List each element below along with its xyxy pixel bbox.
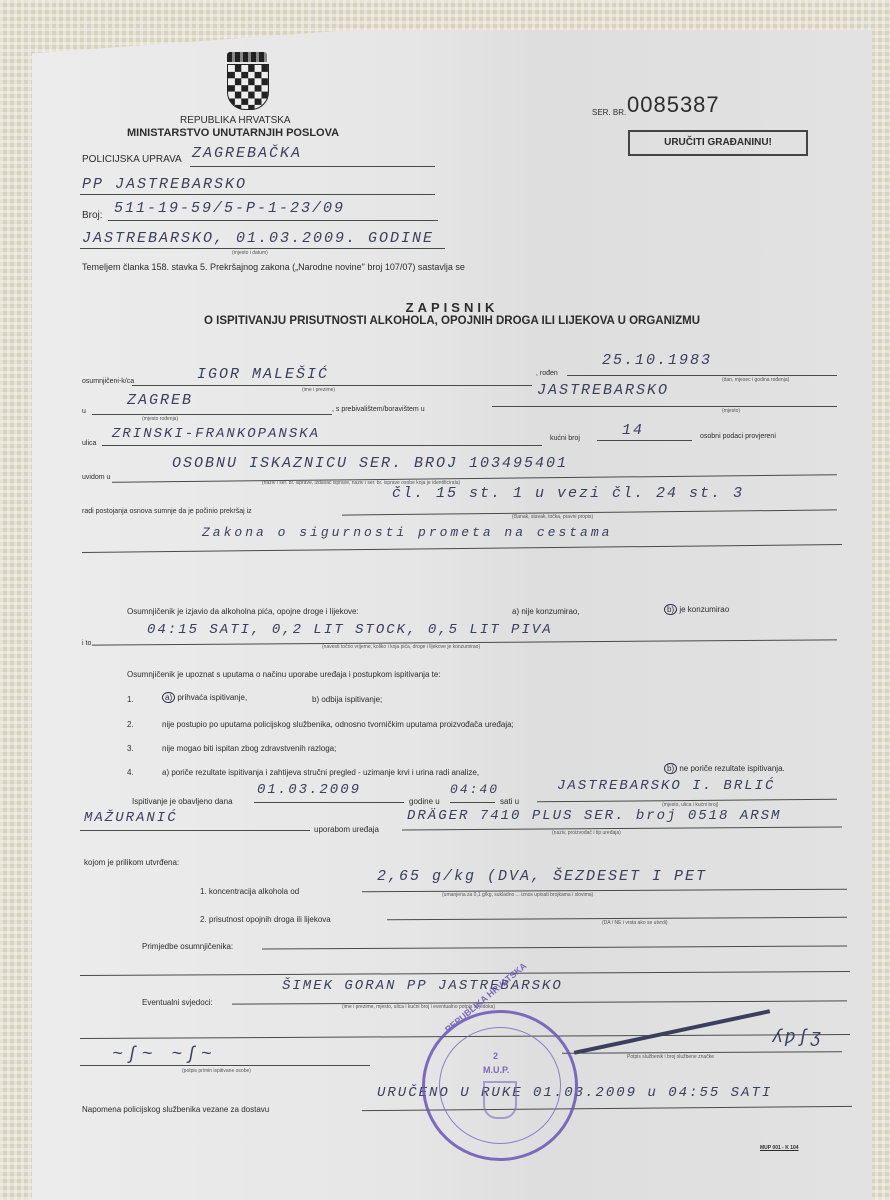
street-value: ZRINSKI-FRANKOPANSKA bbox=[112, 426, 320, 442]
deliver-to-citizen-box: URUČITI GRAĐANINU! bbox=[628, 130, 808, 156]
country-name: REPUBLIKA HRVATSKA bbox=[180, 115, 291, 126]
officer-signature-stroke bbox=[574, 1009, 770, 1054]
legal-basis: Temeljem članka 158. stavka 5. Prekršajn… bbox=[82, 262, 465, 272]
form-code: MUP 001 - K 104 bbox=[760, 1145, 799, 1151]
place-date-hint: (mjesto i datum) bbox=[232, 250, 268, 256]
number-label: Broj: bbox=[82, 210, 103, 221]
born-label: , rođen bbox=[536, 370, 558, 377]
not-contesting-selected: b) ne poriče rezultate ispitivanja. bbox=[664, 763, 785, 774]
document-page: REPUBLIKA HRVATSKA MINISTARSTVO UNUTARNJ… bbox=[32, 30, 872, 1200]
document-subtitle: O ISPITIVANJU PRISUTNOSTI ALKOHOLA, OPOJ… bbox=[32, 315, 872, 327]
suspect-name-value: IGOR MALEŠIĆ bbox=[197, 366, 329, 383]
suspect-signature: ~ʃ~ ~ʃ~ bbox=[112, 1045, 216, 1065]
suspect-name-label: osumnjičeni-k/ca bbox=[82, 378, 134, 385]
croatian-coat-of-arms-icon bbox=[227, 52, 267, 108]
ministry-name: MINISTARSTVO UNUTARNJIH POSLOVA bbox=[127, 127, 339, 139]
witness-value: ŠIMEK GORAN PP JASTREBARSKO bbox=[282, 978, 563, 994]
accepts-test-selected: a) prihvaća ispitivanje, bbox=[162, 692, 247, 703]
consumption-details-value: 04:15 SATI, 0,2 LIT STOCK, 0,5 LIT PIVA bbox=[147, 622, 553, 638]
serial-label: SER. BR. bbox=[592, 108, 626, 117]
test-time-value: 04:40 bbox=[450, 782, 499, 797]
official-stamp: REPUBLIKA HRVATSKA 2 M.U.P. bbox=[422, 1010, 578, 1161]
officer-signature: ʎƿʃʒ bbox=[772, 1028, 823, 1048]
place-date-value: JASTREBARSKO, 01.03.2009. GODINE bbox=[82, 230, 434, 247]
id-document-value: OSOBNU ISKAZNICU SER. BROJ 103495401 bbox=[172, 455, 568, 472]
device-value: DRÄGER 7410 PLUS SER. broj 0518 ARSM bbox=[407, 808, 781, 824]
residence-value: JASTREBARSKO bbox=[537, 382, 669, 399]
test-place-value: JASTREBARSKO I. BRLIĆ bbox=[557, 778, 775, 794]
test-date-value: 01.03.2009 bbox=[257, 782, 361, 798]
police-admin-label: POLICIJSKA UPRAVA bbox=[82, 154, 182, 165]
option-consumed-selected: b) je konzumirao bbox=[664, 604, 729, 615]
test-place-value-2: MAŽURANIĆ bbox=[84, 810, 178, 826]
law-value: Zakona o sigurnosti prometa na cestama bbox=[202, 525, 612, 540]
serial-number: 0085387 bbox=[627, 92, 720, 118]
number-value: 511-19-59/5-P-1-23/09 bbox=[114, 200, 345, 217]
birthplace-value: ZAGREB bbox=[127, 392, 193, 409]
born-value: 25.10.1983 bbox=[602, 352, 712, 369]
house-number-value: 14 bbox=[622, 422, 644, 439]
police-admin-value: ZAGREBAČKA bbox=[192, 145, 302, 162]
document-title: ZAPISNIK bbox=[32, 300, 872, 315]
offense-article-value: čl. 15 st. 1 u vezi čl. 24 st. 3 bbox=[392, 485, 744, 502]
police-station-value: PP JASTREBARSKO bbox=[82, 176, 247, 193]
alcohol-concentration-value: 2,65 g/kg (DVA, ŠEZDESET I PET bbox=[377, 868, 707, 885]
stamp-crest-icon bbox=[483, 1081, 517, 1119]
